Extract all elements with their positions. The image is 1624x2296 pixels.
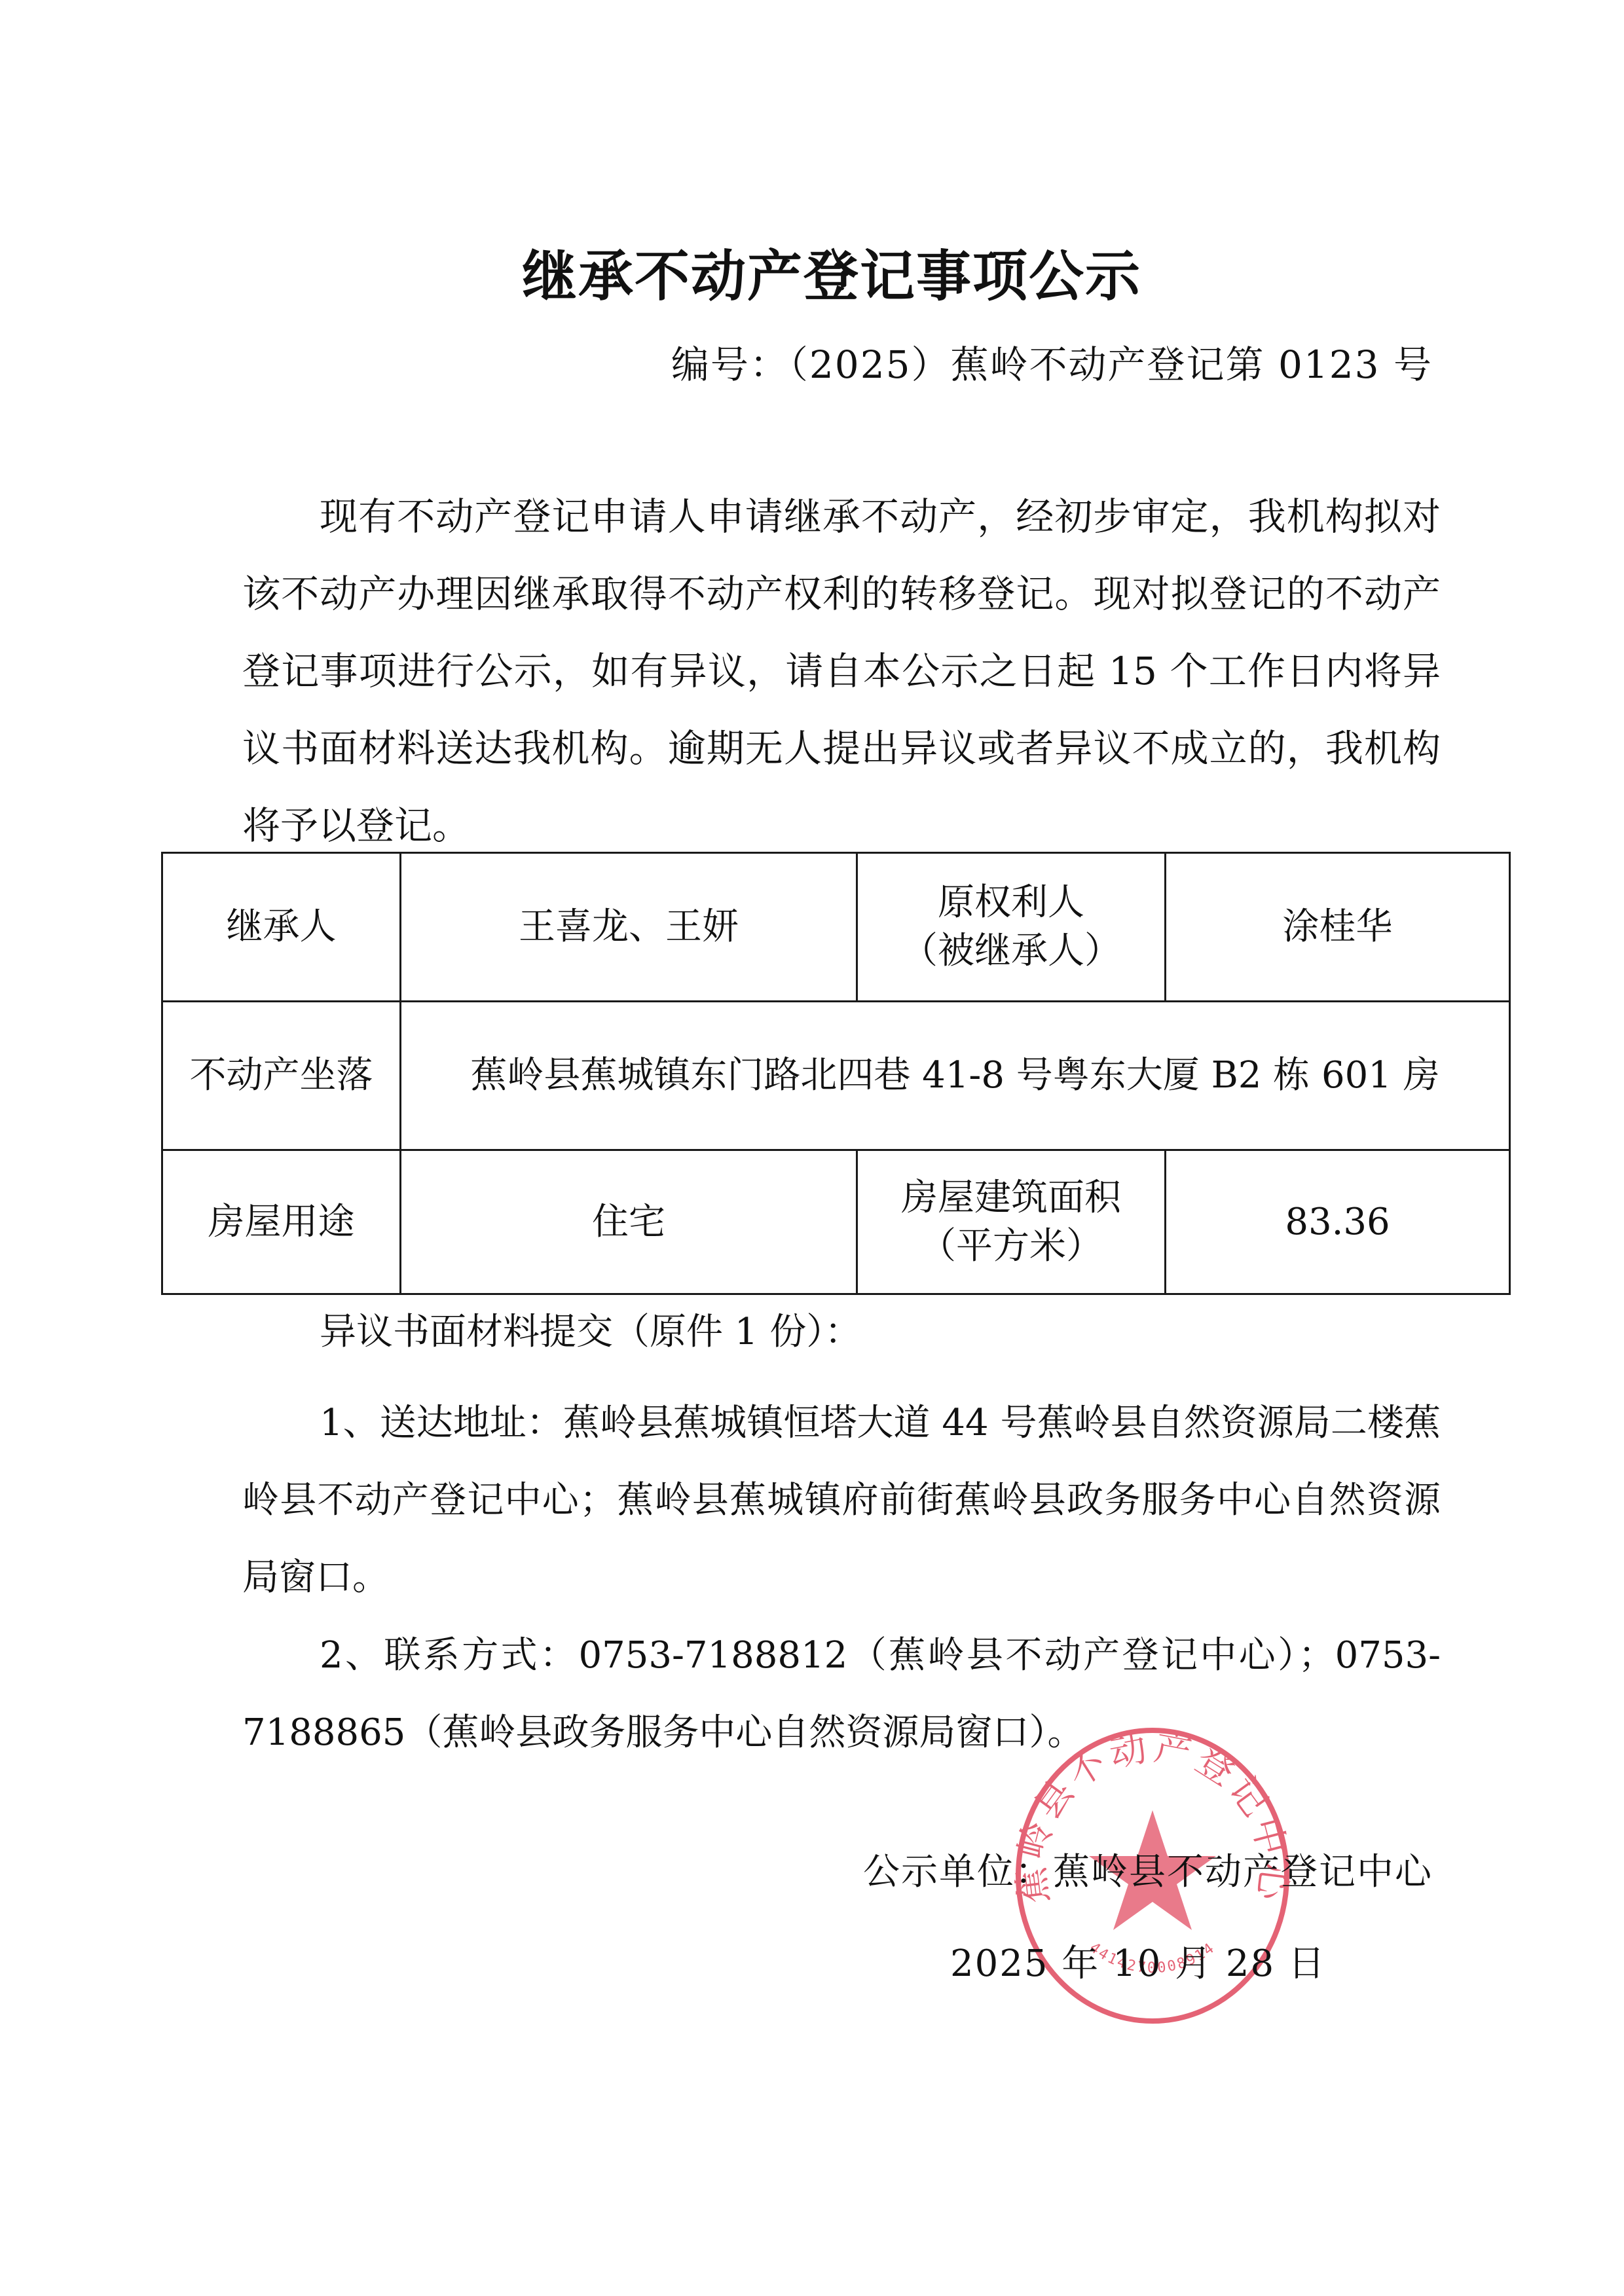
registration-info-table: 继承人 王喜龙、王妍 原权利人 （被继承人） 涂桂华 不动产坐落 蕉岭县蕉城镇东…	[161, 852, 1511, 1295]
original-owner-value: 涂桂华	[1166, 853, 1510, 1002]
issuer: 公示单位：蕉岭县不动产登记中心	[863, 1843, 1433, 1895]
original-owner-label: 原权利人 （被继承人）	[857, 853, 1166, 1002]
area-value: 83.36	[1166, 1150, 1510, 1294]
location-value: 蕉岭县蕉城镇东门路北四巷 41-8 号粤东大厦 B2 栋 601 房	[401, 1002, 1510, 1150]
table-row-location: 不动产坐落 蕉岭县蕉城镇东门路北四巷 41-8 号粤东大厦 B2 栋 601 房	[162, 1002, 1510, 1150]
objection-address: 1、送达地址：蕉岭县蕉城镇恒塔大道 44 号蕉岭县自然资源局二楼蕉岭县不动产登记…	[242, 1385, 1441, 1616]
original-owner-label-line2: （被继承人）	[858, 927, 1164, 975]
document-title: 继承不动产登记事项公示	[0, 232, 1624, 312]
heir-value: 王喜龙、王妍	[401, 853, 857, 1002]
heir-label: 继承人	[162, 853, 401, 1002]
area-label-line2: （平方米）	[858, 1222, 1164, 1271]
document-number: 编号：（2025）蕉岭不动产登记第 0123 号	[671, 334, 1433, 389]
area-label: 房屋建筑面积 （平方米）	[857, 1150, 1166, 1294]
issue-date: 2025 年 10 月 28 日	[950, 1935, 1326, 1987]
table-row-use-area: 房屋用途 住宅 房屋建筑面积 （平方米） 83.36	[162, 1150, 1510, 1294]
table-row-heir: 继承人 王喜龙、王妍 原权利人 （被继承人） 涂桂华	[162, 853, 1510, 1002]
use-value: 住宅	[401, 1150, 857, 1294]
objection-heading: 异议书面材料提交（原件 1 份）：	[320, 1303, 861, 1355]
use-label: 房屋用途	[162, 1150, 401, 1294]
location-label: 不动产坐落	[162, 1002, 401, 1150]
intro-paragraph: 现有不动产登记申请人申请继承不动产，经初步审定，我机构拟对该不动产办理因继承取得…	[242, 478, 1441, 864]
original-owner-label-line1: 原权利人	[858, 879, 1164, 927]
area-label-line1: 房屋建筑面积	[858, 1174, 1164, 1222]
